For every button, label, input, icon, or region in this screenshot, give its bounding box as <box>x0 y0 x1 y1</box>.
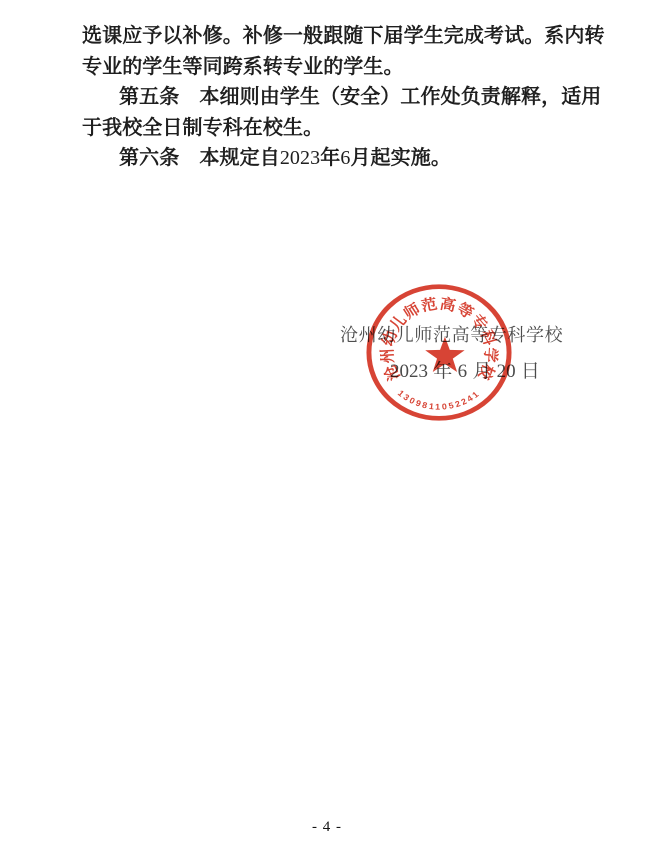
body-line: 专业的学生等同跨系转专业的学生。 <box>82 52 627 83</box>
svg-text:沧州幼儿师范高等专科学校: 沧州幼儿师范高等专科学校 <box>378 295 500 383</box>
seal-arc-text: 沧州幼儿师范高等专科学校 <box>378 295 500 383</box>
official-seal-stamp: 沧州幼儿师范高等专科学校 1309811052241 <box>364 282 514 423</box>
page-number: - 4 - <box>0 819 654 836</box>
body-line: 于我校全日制专科在校生。 <box>82 113 627 144</box>
body-line: 第五条 本细则由学生（安全）工作处负责解释，适用 <box>82 82 627 113</box>
svg-text:1309811052241: 1309811052241 <box>396 388 482 411</box>
seal-serial-number: 1309811052241 <box>396 388 482 411</box>
body-line-segment: 2023 <box>280 147 320 169</box>
body-line: 选课应予以补修。补修一般跟随下届学生完成考试。系内转 <box>82 21 627 52</box>
body-line-segment: 年 <box>320 147 340 169</box>
document-page: 选课应予以补修。补修一般跟随下届学生完成考试。系内转 专业的学生等同跨系转专业的… <box>0 0 654 861</box>
body-line: 第六条 本规定自2023年6月起实施。 <box>82 143 627 174</box>
body-line-segment: 6 <box>340 147 350 169</box>
signature-date-segment: 日 <box>516 361 540 382</box>
body-line-segment: 第六条 本规定自 <box>119 147 280 169</box>
body-text: 选课应予以补修。补修一般跟随下届学生完成考试。系内转 专业的学生等同跨系转专业的… <box>82 21 627 174</box>
seal-star-icon <box>425 337 464 372</box>
body-line-segment: 月起实施。 <box>350 147 451 169</box>
